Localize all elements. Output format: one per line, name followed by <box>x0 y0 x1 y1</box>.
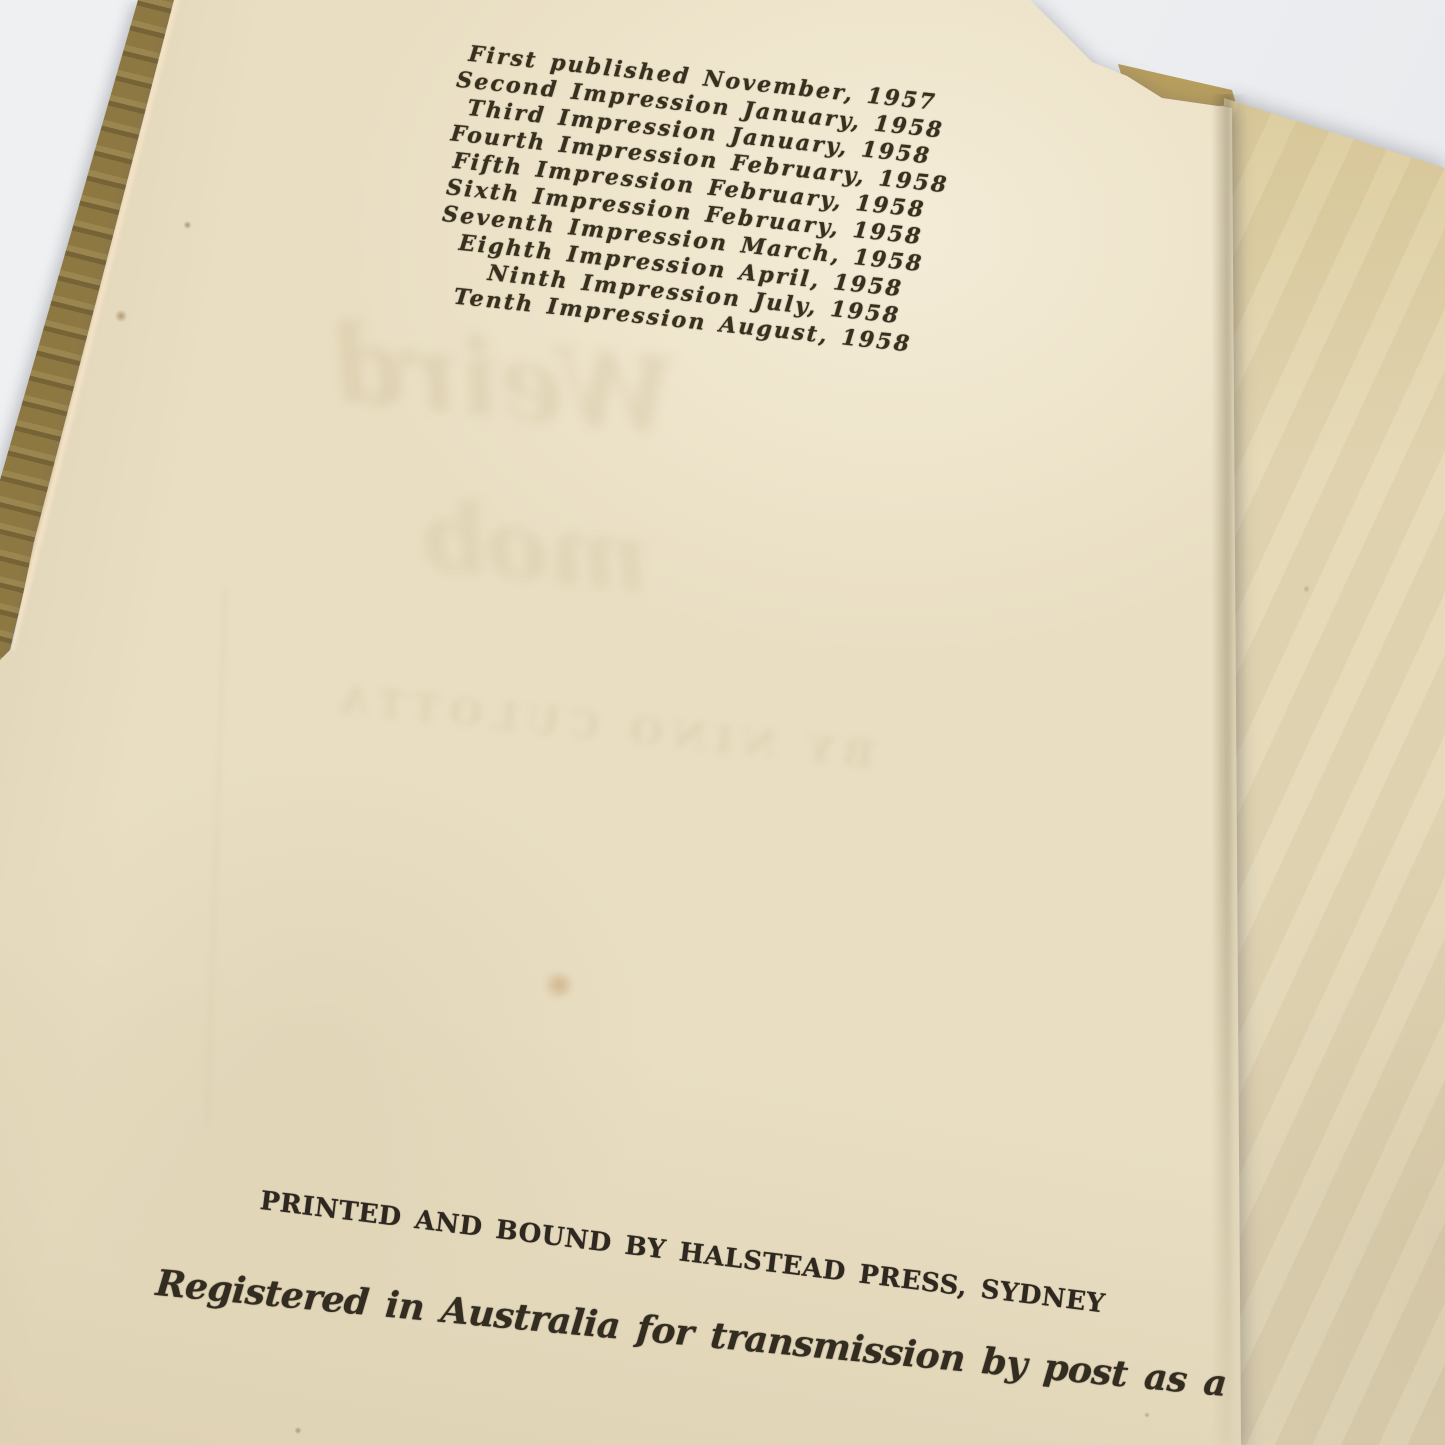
ghost-author-byline: BY NINO CULOTTA <box>329 676 877 778</box>
printing-history-block: First published November, 1957 Second Im… <box>432 40 938 359</box>
page-edge-highlight <box>6 0 182 651</box>
foxing-spot <box>183 221 192 229</box>
foxing-stain <box>541 972 577 998</box>
book-photo: Weird mob BY NINO CULOTTA First publishe… <box>0 0 1445 1445</box>
ghost-title-word-2: mob <box>415 480 656 614</box>
page-gutter-shadow <box>1212 94 1246 1445</box>
foxing-spot <box>1144 1412 1150 1418</box>
show-through-page-edge <box>205 585 228 1125</box>
foxing-spot <box>294 1427 302 1434</box>
foxing-spot <box>114 310 128 322</box>
paper-fleck <box>1304 584 1309 594</box>
postal-registration-line: Registered in Australia for transmission… <box>154 1262 1341 1416</box>
